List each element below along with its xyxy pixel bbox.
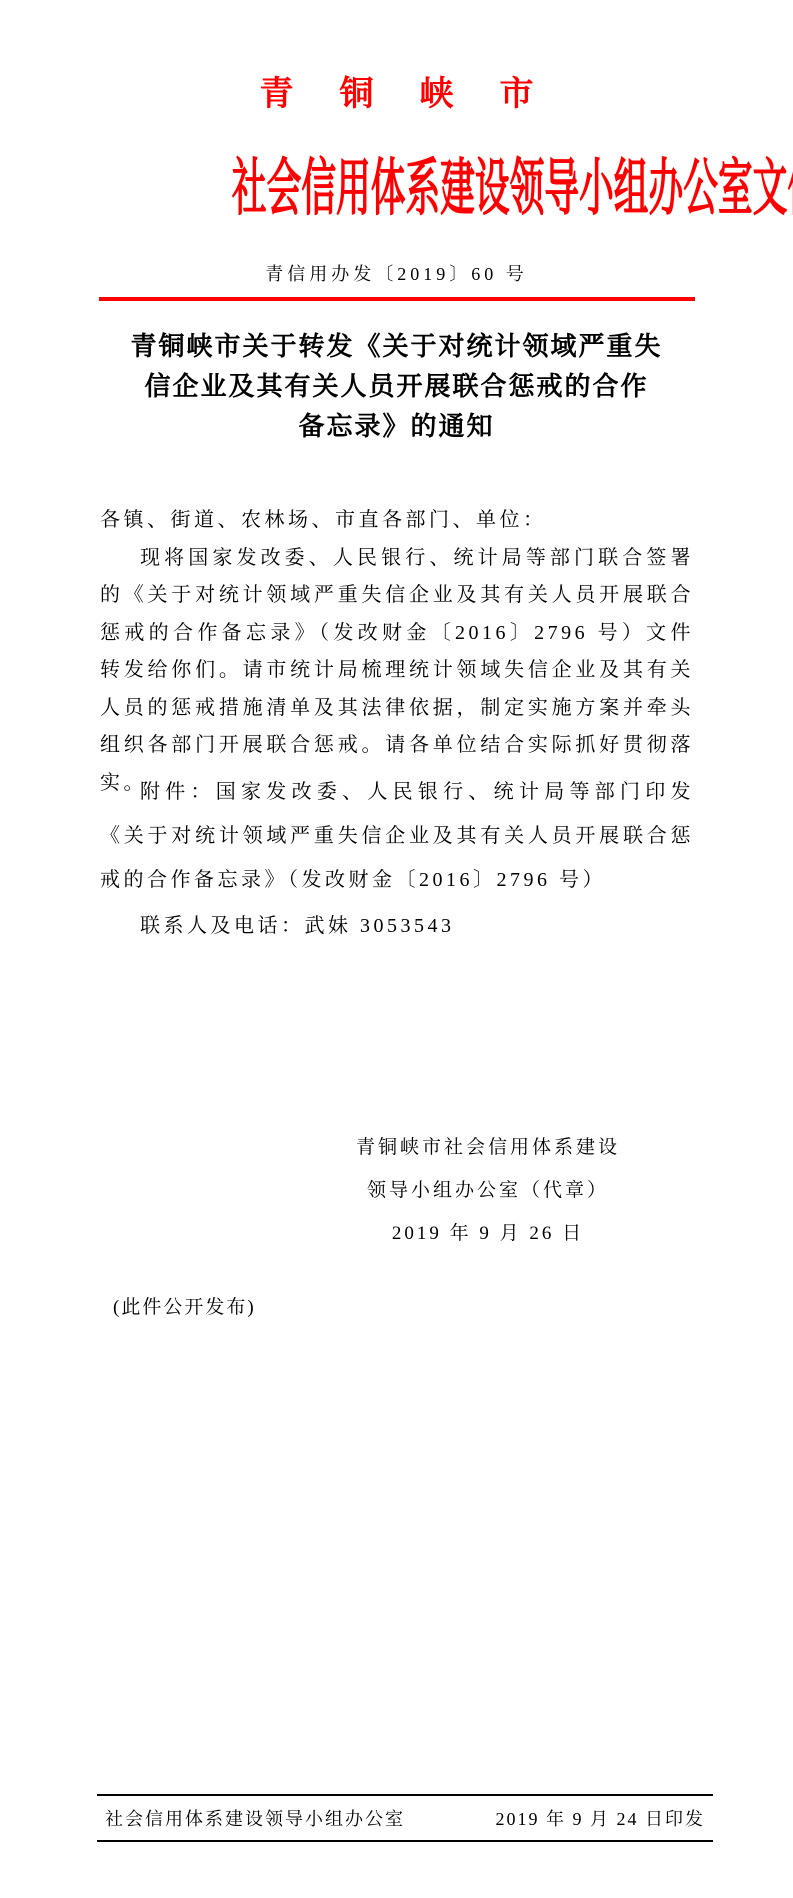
red-divider-line	[99, 297, 695, 301]
contact-section: 联系人及电话：武妹 3053543	[100, 908, 694, 945]
signature-date: 2019 年 9 月 26 日	[312, 1212, 664, 1255]
letterhead-office-title: 社会信用体系建设领导小组办公室文件	[232, 156, 793, 222]
contact-line: 联系人及电话：武妹 3053543	[100, 908, 694, 945]
signature-org-line1: 青铜峡市社会信用体系建设	[312, 1126, 664, 1169]
document-title-line1: 青铜峡市关于转发《关于对统计领域严重失	[60, 327, 733, 367]
printing-footer: 社会信用体系建设领导小组办公室 2019 年 9 月 24 日印发	[97, 1794, 713, 1842]
document-body: 各镇、街道、农林场、市直各部门、单位： 现将国家发改委、人民银行、统计局等部门联…	[100, 502, 694, 802]
attachment-section: 附件：国家发改委、人民银行、统计局等部门印发《关于对统计领域严重失信企业及其有关…	[100, 770, 694, 902]
salutation-line: 各镇、街道、农林场、市直各部门、单位：	[100, 502, 694, 540]
document-title-line3: 备忘录》的通知	[60, 407, 733, 447]
signature-org-line2: 领导小组办公室（代章）	[312, 1169, 664, 1212]
issuing-city-header: 青铜峡市	[0, 66, 793, 115]
red-letterhead-banner: 社会信用体系建设领导小组办公室文件	[0, 156, 793, 222]
body-paragraph: 现将国家发改委、人民银行、统计局等部门联合签署的《关于对统计领域严重失信企业及其…	[100, 540, 694, 803]
footer-print-date: 2019 年 9 月 24 日印发	[496, 1805, 706, 1831]
document-title: 青铜峡市关于转发《关于对统计领域严重失 信企业及其有关人员开展联合惩戒的合作 备…	[60, 327, 733, 447]
footer-office-name: 社会信用体系建设领导小组办公室	[105, 1805, 405, 1831]
official-document-page: 青铜峡市 社会信用体系建设领导小组办公室文件 青信用办发〔2019〕60 号 青…	[0, 0, 793, 1898]
document-reference-number: 青信用办发〔2019〕60 号	[0, 260, 793, 286]
public-release-note: (此件公开发布)	[113, 1292, 256, 1319]
attachment-paragraph: 附件：国家发改委、人民银行、统计局等部门印发《关于对统计领域严重失信企业及其有关…	[100, 770, 694, 902]
document-title-line2: 信企业及其有关人员开展联合惩戒的合作	[60, 367, 733, 407]
signature-block: 青铜峡市社会信用体系建设 领导小组办公室（代章） 2019 年 9 月 26 日	[312, 1126, 664, 1255]
